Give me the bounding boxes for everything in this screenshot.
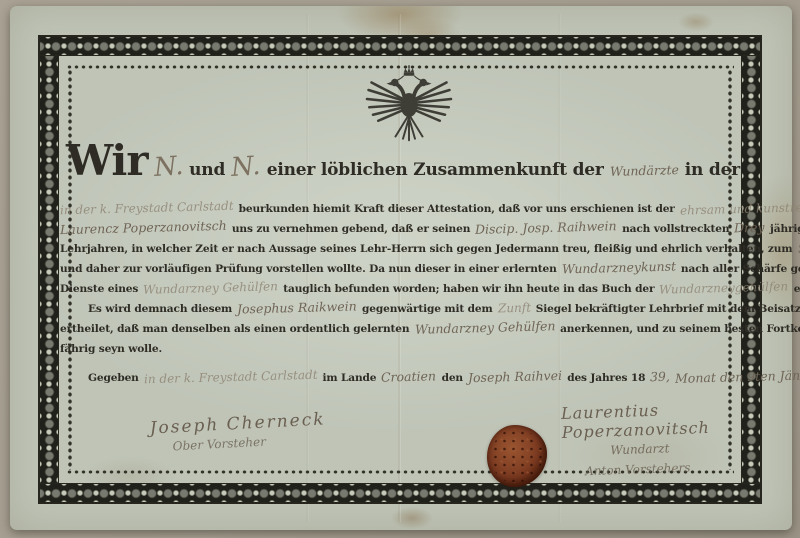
printed-text: anerkennen, und zu seinem besten Fortkom… (560, 323, 800, 335)
printed-text: Siegel bekräftigter Lehrbrief mit dem Be… (536, 303, 800, 315)
printed-text: uns zu vernehmen gebend, daß er seinen (232, 223, 470, 235)
printed-text: nach vollstreckten (622, 223, 729, 235)
body-line: und daher zur vorläufigen Prüfung vorste… (60, 258, 744, 278)
handwritten-text: in der k. Freystadt Carlstadt (144, 366, 318, 389)
handwritten-text: Croatien (381, 367, 436, 386)
body-line: Gegeben in der k. Freystadt Carlstadt im… (60, 367, 744, 387)
handwritten-text: Zunft (497, 299, 531, 318)
handwritten-text: Wundarzney Gehülfen (414, 317, 555, 339)
handwritten-text: Joseph Raihvei (468, 367, 562, 387)
body-line: ertheilet, daß man denselben als einen o… (60, 318, 744, 338)
printed-text: beurkunden hiemit Kraft dieser Attestati… (239, 203, 675, 215)
printed-text: eingetragen. (794, 283, 800, 295)
printed-text: fährig seyn wolle. (60, 343, 162, 355)
signature-right-line2: Wundarzt (610, 437, 792, 457)
handwritten-text: 39, (650, 368, 670, 387)
body-line: Lehrjahren, in welcher Zeit er nach Auss… (60, 238, 744, 258)
body-line: Dienste eines Wundarzney Gehülfen taugli… (60, 278, 744, 298)
body-line: Laurencz Poperzanovitsch uns zu vernehme… (60, 218, 744, 238)
border-ornament-band-left (40, 56, 59, 483)
signature-right: Laurentius Poperzanovitsch Wundarzt Anto… (561, 396, 793, 479)
printed-text: Gegeben (88, 372, 139, 384)
printed-text: nach aller Schärfe geprüfet und zum (681, 263, 800, 275)
handwritten-text: Monat den 9ten Jänner (675, 366, 800, 388)
handwritten-text: Laurencz Poperzanovitsch (60, 217, 227, 239)
handwritten-text: Drey (734, 219, 765, 238)
printed-text: den (442, 372, 463, 384)
handwritten-text: in der k. Freystadt Carlstadt (60, 197, 234, 220)
handwritten-text: Wundärzte (610, 162, 679, 179)
printed-text: und (189, 160, 225, 180)
certificate-paper: WirN.undN.einer löblichen Zusammenkunft … (10, 6, 792, 530)
handwritten-text: Discip. Josp. Raihwein (475, 217, 617, 239)
printed-text: im Lande (322, 372, 376, 384)
printed-text: jährigen (770, 223, 800, 235)
signature-right-name: Laurentius Poperzanovitsch (561, 396, 792, 442)
printed-text: tauglich befunden worden; haben wir ihn … (283, 283, 654, 295)
certificate-body-text: in der k. Freystadt Carlstadt beurkunden… (60, 198, 744, 387)
double-headed-eagle-icon (364, 64, 454, 146)
handwritten-text: Wundarzneykunst (562, 258, 677, 279)
border-ornament-band-top (40, 37, 760, 56)
handwritten-text: Wundarzney Gehülfen (143, 277, 278, 299)
printed-text: ertheilet, daß man denselben als einen o… (60, 323, 409, 335)
body-line: in der k. Freystadt Carlstadt beurkunden… (60, 198, 744, 218)
printed-text: und daher zur vorläufigen Prüfung vorste… (60, 263, 557, 275)
handwritten-text: ehrsam und kunstreichen Herrn (680, 196, 800, 219)
handwritten-text: N. (230, 151, 261, 183)
printed-text: Wir (66, 144, 148, 178)
border-ornament-band-bottom (40, 483, 760, 502)
printed-text: Lehrjahren, in welcher Zeit er nach Auss… (60, 243, 792, 255)
printed-text: Dienste eines (60, 283, 138, 295)
printed-text: gegenwärtige mit dem (362, 303, 493, 315)
printed-text: in der (685, 160, 740, 180)
printed-text: des Jahres 18 (567, 372, 645, 384)
body-line: fährig seyn wolle. (60, 338, 744, 358)
printed-text: Es wird demnach diesem (88, 303, 232, 315)
handwritten-text: Wundarzneygehülfen (659, 277, 789, 298)
scanned-certificate-photo: WirN.undN.einer löblichen Zusammenkunft … (0, 0, 800, 538)
handwritten-text: Josephus Raikwein (237, 297, 357, 318)
printed-text: einer löblichen Zusammenkunft der (267, 160, 604, 180)
body-line: Es wird demnach diesem Josephus Raikwein… (60, 298, 744, 318)
certificate-heading: WirN.undN.einer löblichen Zusammenkunft … (66, 144, 740, 182)
handwritten-text: N. (153, 151, 184, 183)
